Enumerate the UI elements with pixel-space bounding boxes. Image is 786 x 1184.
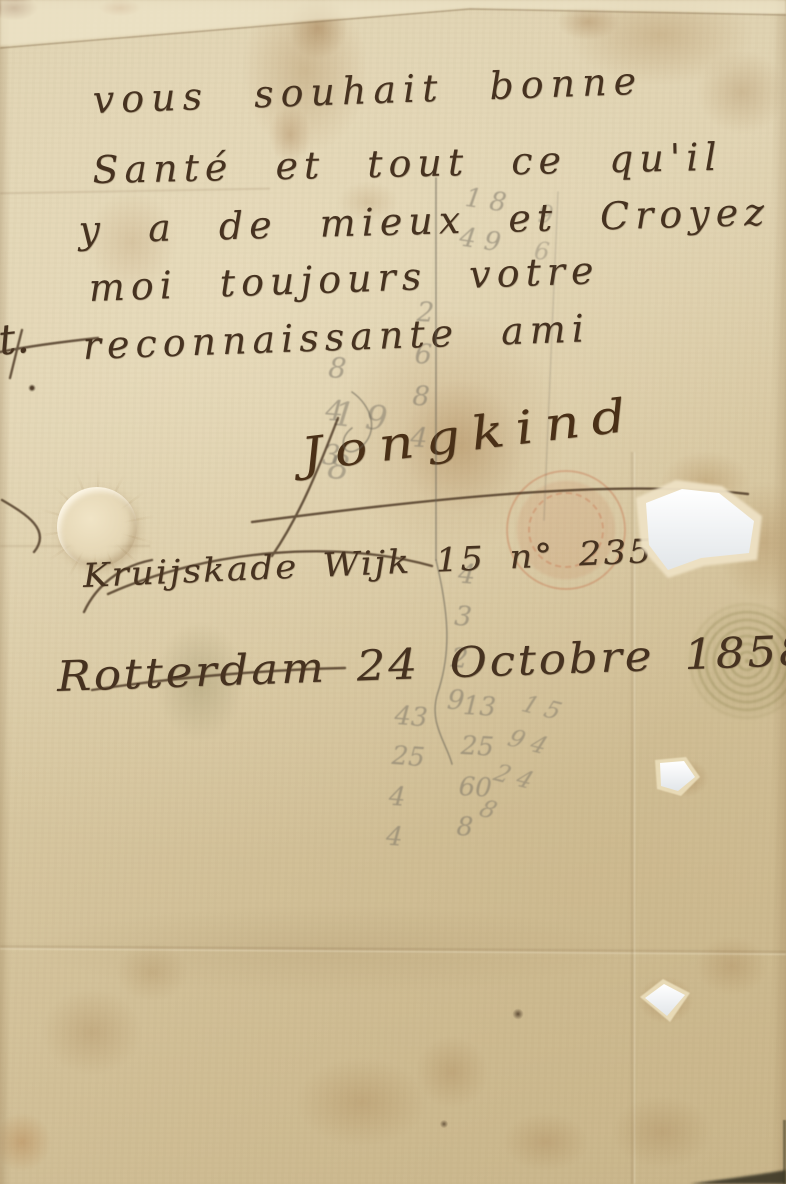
margin-mark: t. <box>0 313 31 365</box>
letter-scan: 1 8 4 9 9 6 8 4 3 2 6 8 4 1 9 8 4 3 2 9 … <box>0 0 786 1184</box>
paper-sheet: 1 8 4 9 9 6 8 4 3 2 6 8 4 1 9 8 4 3 2 9 … <box>0 0 786 1184</box>
